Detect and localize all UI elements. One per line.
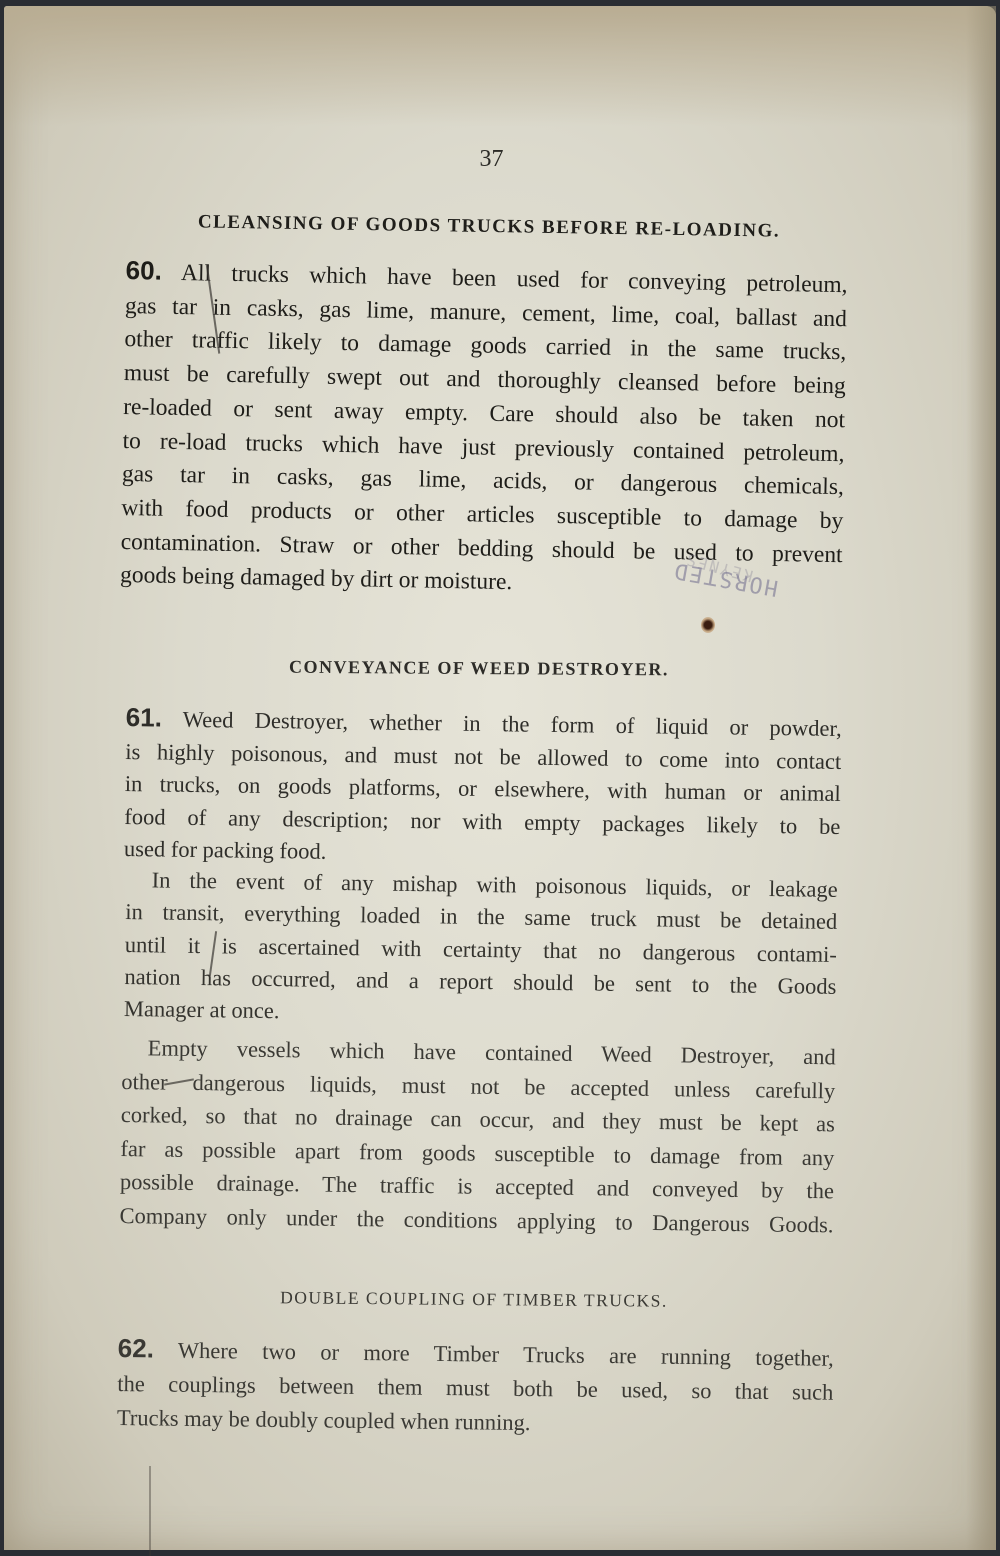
paragraph-60: 60. All trucks which have been used for … [120,254,848,606]
paragraph-number: 62. [118,1333,155,1363]
section-heading-weed-destroyer: CONVEYANCE OF WEED DESTROYER. [204,656,754,681]
paragraph-61-empty-vessels: Empty vessels which have contained Weed … [119,1031,836,1241]
section-heading-cleansing: CLEANSING OF GOODS TRUCKS BEFORE RE-LOAD… [144,211,834,244]
paragraph-number: 61. [126,702,163,733]
paragraph-number: 60. [125,255,162,286]
line-text: Weed Destroyer, whether in the form of l… [183,707,842,741]
paragraph-61: 61. Weed Destroyer, whether in the form … [124,701,842,875]
paragraph-61-mishap: In the event of any mishap with poisonou… [124,864,838,1035]
pencil-mark [149,1466,151,1550]
paragraph-62: 62. Where two or more Timber Trucks are … [117,1331,834,1444]
ink-stain [701,617,715,633]
document-page: 37 CLEANSING OF GOODS TRUCKS BEFORE RE-L… [4,6,996,1550]
section-heading-double-coupling: DOUBLE COUPLING OF TIMBER TRUCKS. [204,1287,744,1313]
line-text: Where two or more Timber Trucks are runn… [178,1338,834,1371]
page-number: 37 [4,146,979,173]
